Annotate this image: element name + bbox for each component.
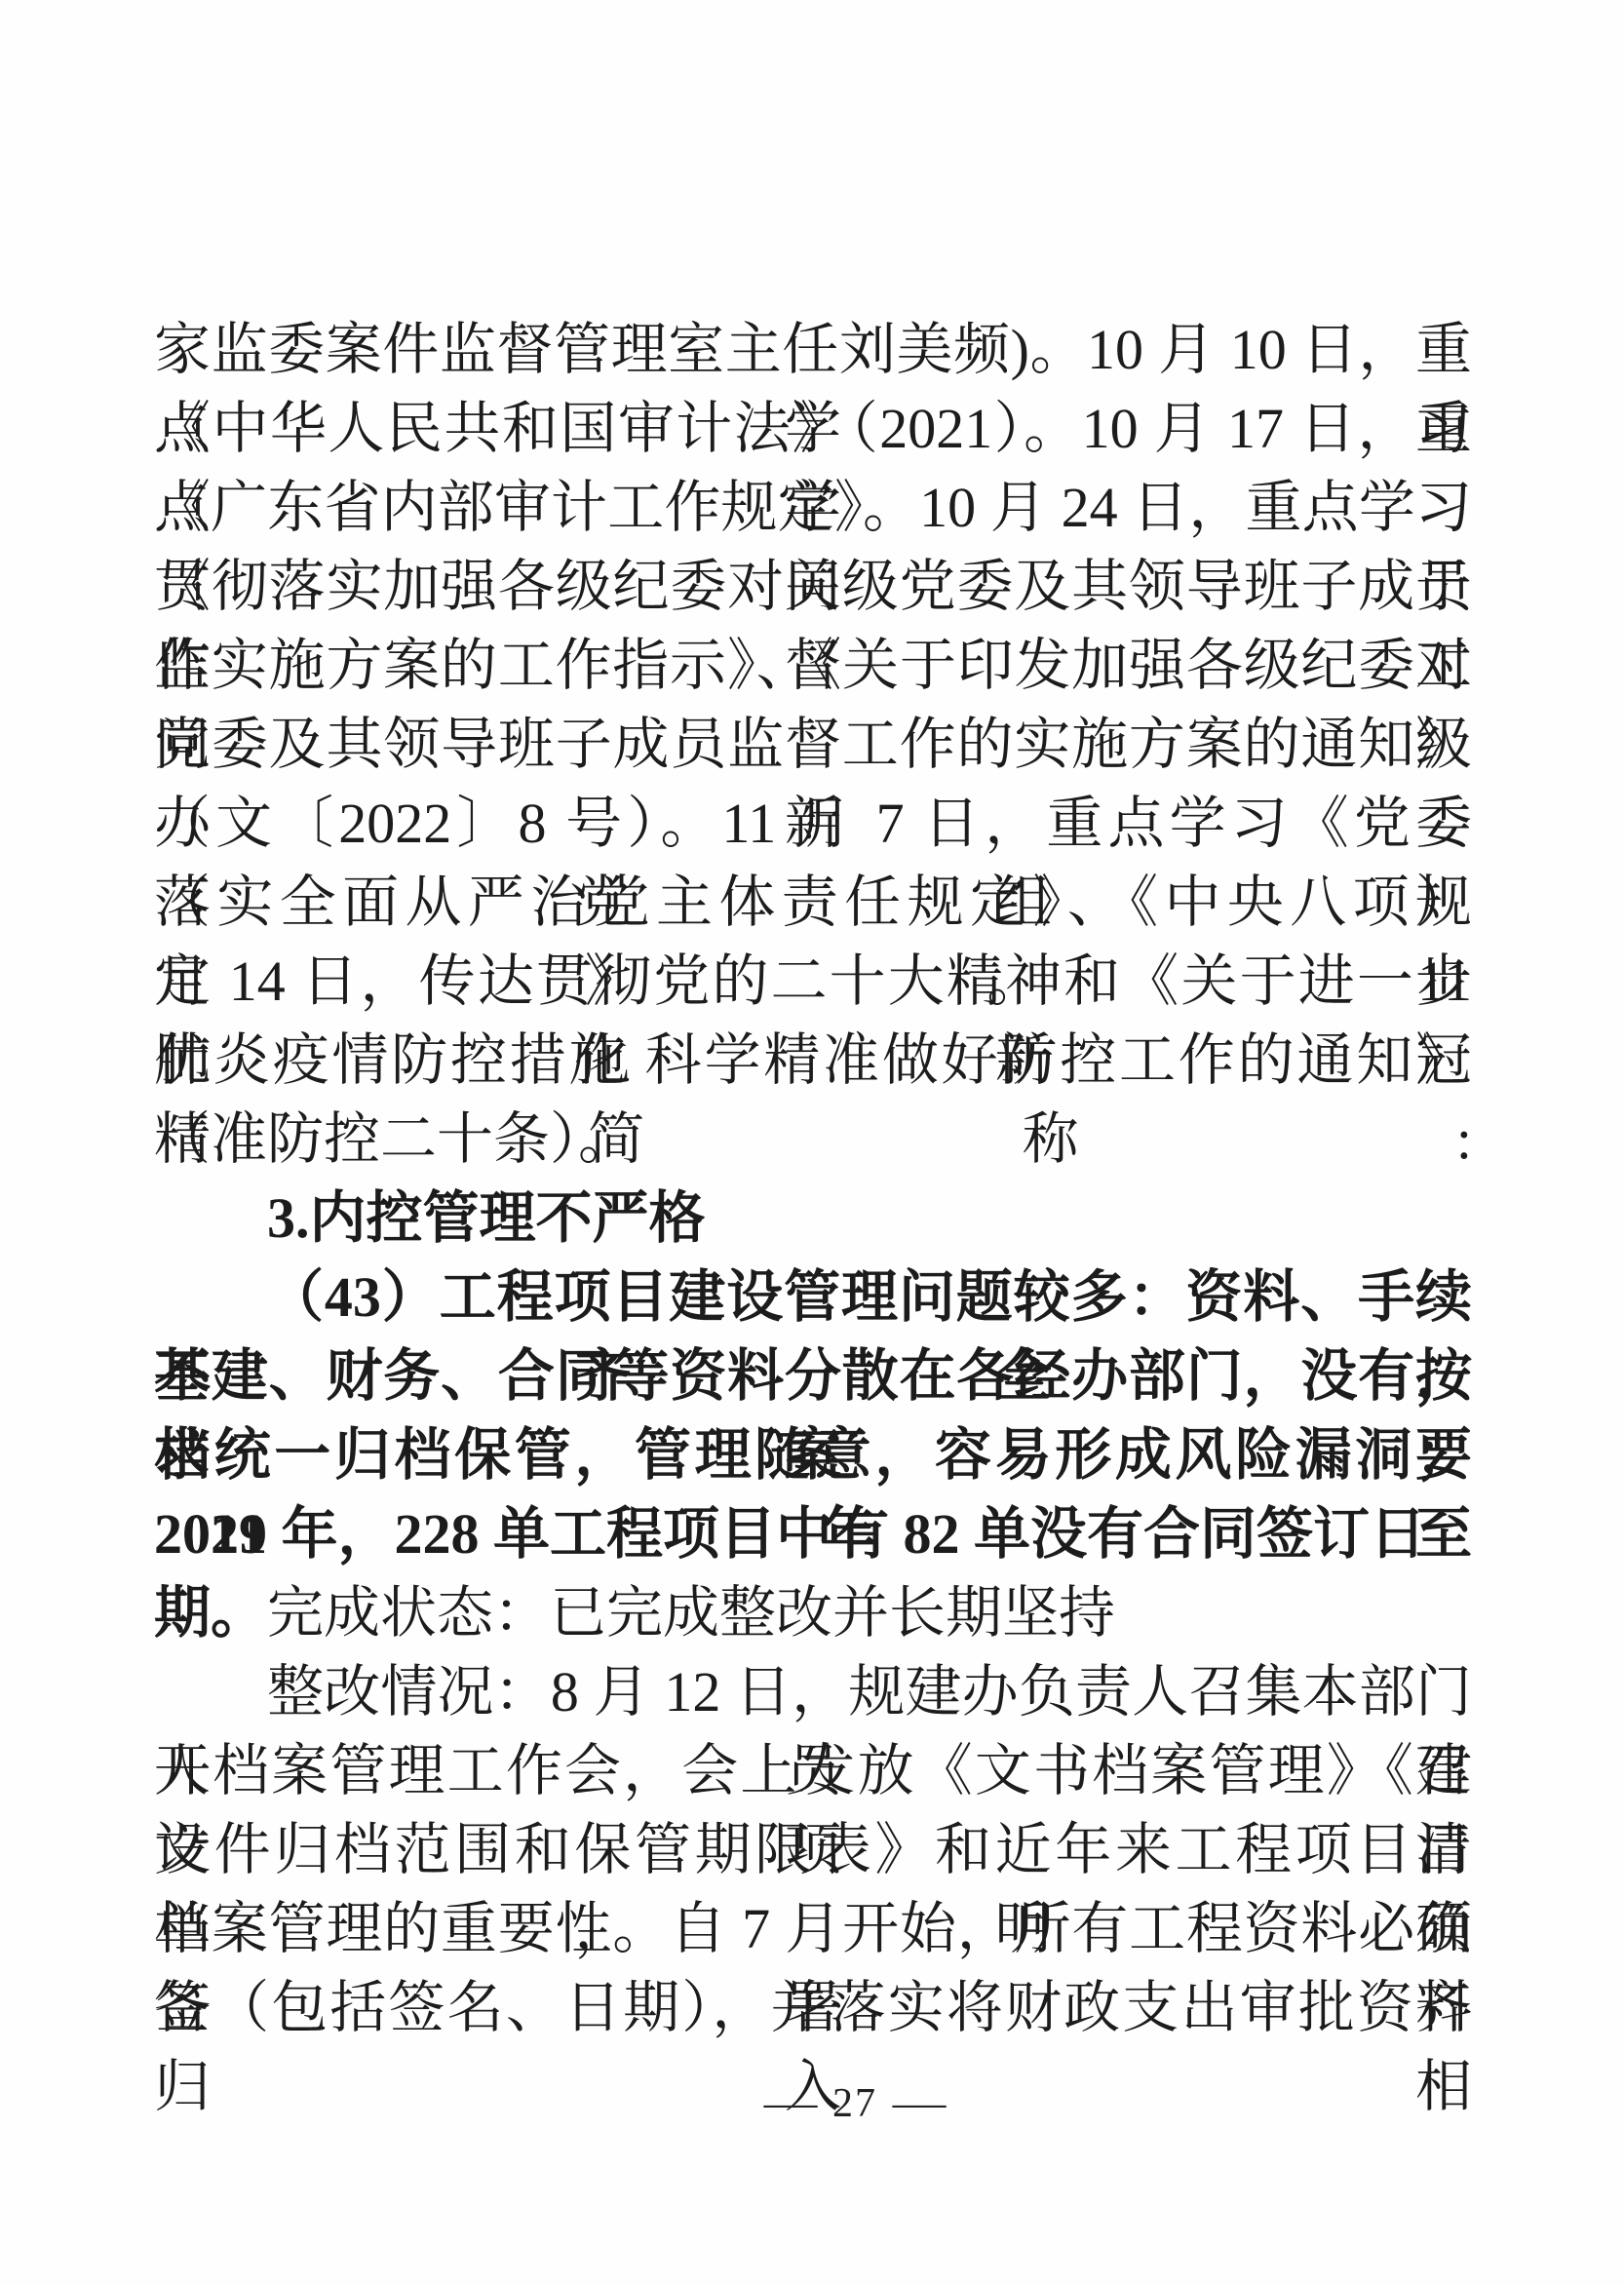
text-line: 整改情况：8 月 12 日，规建办负责人召集本部门人员召 bbox=[154, 1652, 1472, 1731]
text-line: 《中华人民共和国审计法》（2021）。10 月 17 日，重点学习 bbox=[154, 389, 1472, 468]
text-line: 3.内控管理不严格 bbox=[154, 1179, 1472, 1258]
text-line: 2021 年，228 单工程项目中有 82 单没有合同签订日期。 bbox=[154, 1494, 1472, 1573]
text-line: 办文〔2022〕8 号）。11 月 7 日，重点学习《党委（党组） bbox=[154, 784, 1472, 863]
text-line: 完成状态：已完成整改并长期坚持 bbox=[154, 1573, 1472, 1652]
body-text: 家监委案件监督管理室主任刘美频)。10 月 10 日，重点学习《中华人民共和国审… bbox=[154, 310, 1472, 2047]
page-number-value: 27 bbox=[832, 2080, 877, 2127]
text-line: 月 14 日，传达贯彻党的二十大精神和《关于进一步优化新冠 bbox=[154, 942, 1472, 1021]
text-line: 党委及其领导班子成员监督工作的实施方案的通知》（新委 bbox=[154, 705, 1472, 784]
text-line: （43）工程项目建设管理问题较多：资料、手续不齐全， bbox=[154, 1258, 1472, 1336]
text-line: 基建、财务、合同等资料分散在各经办部门，没有按档案要 bbox=[154, 1336, 1472, 1415]
page-number-dash-left: — bbox=[764, 2080, 818, 2127]
text-line: 家监委案件监督管理室主任刘美频)。10 月 10 日，重点学习 bbox=[154, 310, 1472, 389]
text-line: 开档案管理工作会，会上发放《文书档案管理》《建设项目 bbox=[154, 1731, 1472, 1810]
text-line: 备（包括签名、日期），并落实将财政支出审批资料归入相 bbox=[154, 1968, 1472, 2047]
text-line: 求统一归档保管，管理随意，容易形成风险漏洞；2019 年至 bbox=[154, 1415, 1472, 1494]
text-line: 档案管理的重要性。自 7 月开始，所有工程资料必须签署齐 bbox=[154, 1889, 1472, 1968]
text-line: 落实全面从严治党主体责任规定》、《中央八项规定》。11 bbox=[154, 863, 1472, 942]
text-line: 《广东省内部审计工作规定》。10 月 24 日，重点学习《关于 bbox=[154, 468, 1472, 547]
page-number: — 27 — bbox=[770, 2080, 940, 2127]
text-line: 贯彻落实加强各级纪委对同级党委及其领导班子成员监督工 bbox=[154, 547, 1472, 626]
text-line: 作实施方案的工作指示》、《关于印发加强各级纪委对同级 bbox=[154, 626, 1472, 705]
document-page: 家监委案件监督管理室主任刘美频)。10 月 10 日，重点学习《中华人民共和国审… bbox=[0, 0, 1624, 2284]
page-number-dash-right: — bbox=[893, 2080, 947, 2127]
text-line: 文件归档范围和保管期限表》和近年来工程项目清单，明确 bbox=[154, 1810, 1472, 1889]
text-line: 肺炎疫情防控措施 科学精准做好防控工作的通知》（简称: bbox=[154, 1021, 1472, 1100]
